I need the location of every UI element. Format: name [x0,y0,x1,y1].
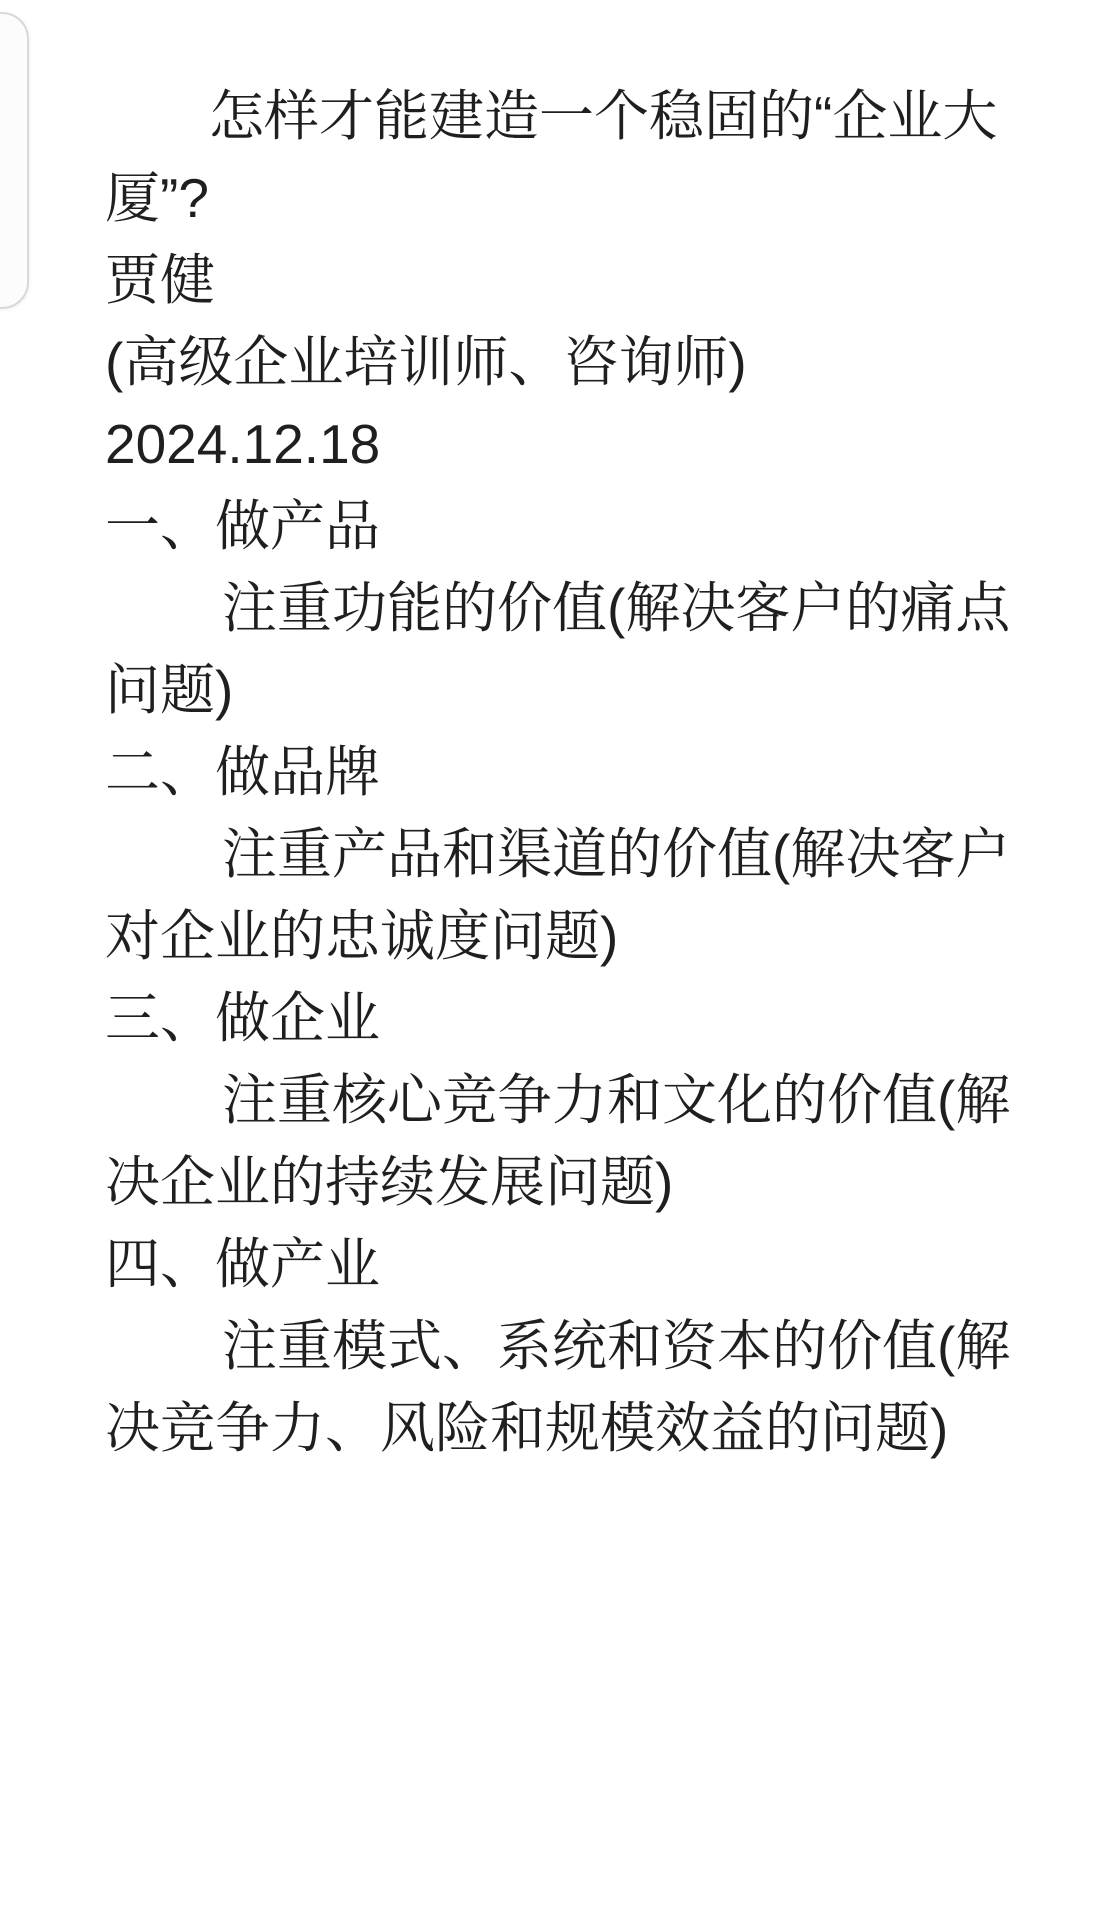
author-line: 贾健 [105,239,1040,321]
credential-line: (高级企业培训师、咨询师) [105,321,1040,403]
section-body: 注重功能的价值(解决客户的痛点问题) [105,567,1040,731]
document-title: 怎样才能建造一个稳固的“企业大厦”? [105,75,1040,239]
section-industry: 四、做产业 注重模式、系统和资本的价值(解决竞争力、风险和规模效益的问题) [105,1223,1040,1469]
section-product: 一、做产品 注重功能的价值(解决客户的痛点问题) [105,485,1040,731]
section-enterprise: 三、做企业 注重核心竞争力和文化的价值(解决企业的持续发展问题) [105,977,1040,1223]
section-body: 注重模式、系统和资本的价值(解决竞争力、风险和规模效益的问题) [105,1305,1040,1469]
section-heading: 二、做品牌 [105,731,1040,813]
section-heading: 四、做产业 [105,1223,1040,1305]
section-heading: 三、做企业 [105,977,1040,1059]
section-brand: 二、做品牌 注重产品和渠道的价值(解决客户对企业的忠诚度问题) [105,731,1040,977]
section-heading: 一、做产品 [105,485,1040,567]
document-body: 怎样才能建造一个稳固的“企业大厦”? 贾健 (高级企业培训师、咨询师) 2024… [0,0,1109,1469]
date-line: 2024.12.18 [105,403,1040,485]
section-body: 注重核心竞争力和文化的价值(解决企业的持续发展问题) [105,1059,1040,1223]
section-body: 注重产品和渠道的价值(解决客户对企业的忠诚度问题) [105,813,1040,977]
